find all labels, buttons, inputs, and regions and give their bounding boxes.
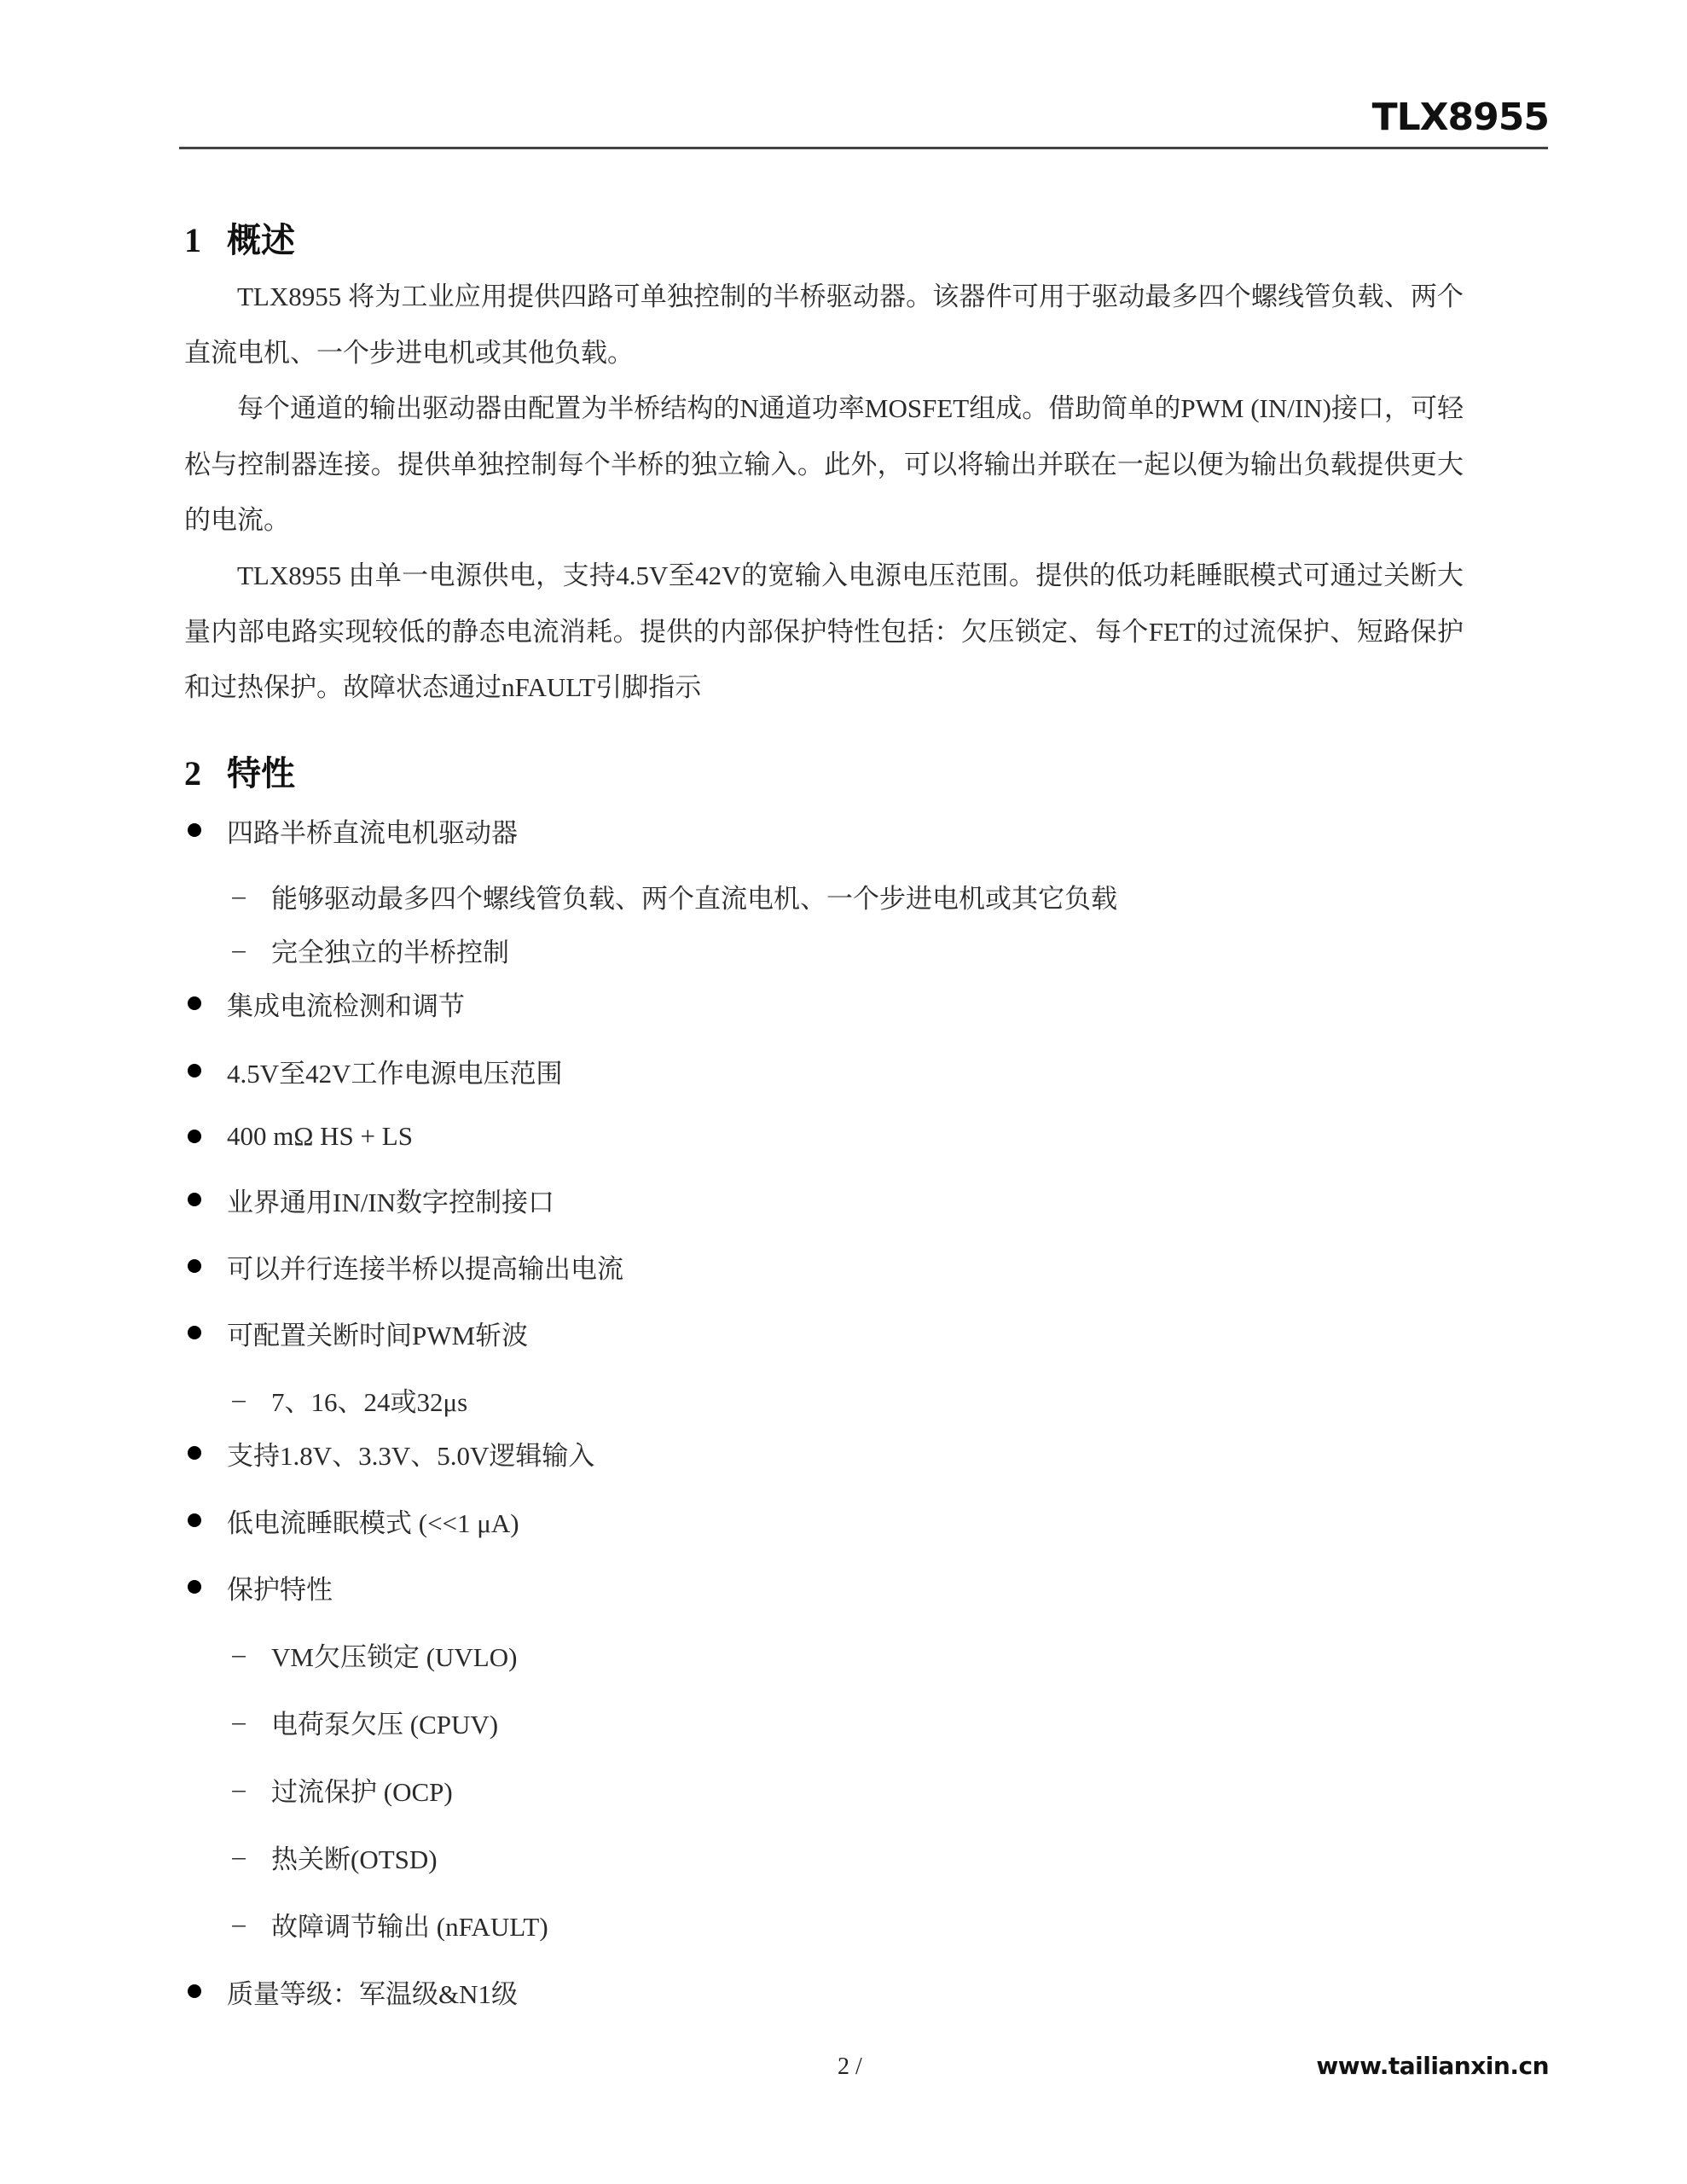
feature-subitem: –7、16、24或32μs [230,1382,467,1416]
section-2-title: 特性 [227,754,295,793]
section-1-heading: 1概述 [184,213,295,262]
bullet-dot-icon [188,1193,201,1206]
bullet-dot-icon [188,1984,201,1998]
bullet-dot-icon [188,1130,201,1143]
dash-icon: – [230,1384,247,1414]
feature-item: 可以并行连接半桥以提高输出电流 [184,1249,623,1283]
dash-icon: – [230,1841,247,1872]
feature-item: 四路半桥直流电机驱动器 [184,813,518,847]
feature-subitem: –电荷泵欠压 (CPUV) [230,1705,498,1739]
bullet-dot-icon [188,1446,201,1460]
feature-subitem: –故障调节输出 (nFAULT) [230,1907,548,1941]
bullet-dot-icon [188,823,201,837]
feature-subitem: –VM欠压锁定 (UVLO) [230,1637,517,1671]
dash-icon: – [230,934,247,965]
overview-paragraph-1: TLX8955 将为工业应用提供四路可单独控制的半桥驱动器。该器件可用于驱动最多… [184,269,1464,380]
page-number: 2 / [838,2053,862,2081]
feature-item: 业界通用IN/IN数字控制接口 [184,1182,554,1217]
section-1-title: 概述 [227,221,295,259]
website-url: www.tailianxin.cn [1316,2052,1549,2080]
dash-icon: – [230,1908,247,1939]
bullet-dot-icon [188,996,201,1010]
section-2-number: 2 [184,753,227,793]
bullet-dot-icon [188,1326,201,1339]
dash-icon: – [230,880,247,911]
feature-item: 保护特性 [184,1570,333,1604]
feature-item: 低电流睡眠模式 (<<1 μA) [184,1503,519,1537]
feature-item: 400 mΩ HS + LS [184,1119,413,1153]
section-1-number: 1 [184,220,227,260]
document-header-title: TLX8955 [1372,96,1549,139]
feature-subitem: –能够驱动最多四个螺线管负载、两个直流电机、一个步进电机或其它负载 [230,879,1117,913]
feature-item: 4.5V至42V工作电源电压范围 [184,1054,563,1088]
overview-paragraph-2: 每个通道的输出驱动器由配置为半桥结构的N通道功率MOSFET组成。借助简单的PW… [184,380,1464,549]
feature-item: 可配置关断时间PWM斩波 [184,1316,528,1350]
bullet-dot-icon [188,1513,201,1527]
dash-icon: – [230,1774,247,1804]
dash-icon: – [230,1706,247,1737]
feature-subitem: –过流保护 (OCP) [230,1772,453,1806]
bullet-dot-icon [188,1580,201,1594]
bullet-dot-icon [188,1259,201,1273]
feature-item: 集成电流检测和调节 [184,986,465,1020]
feature-item: 支持1.8V、3.3V、5.0V逻辑输入 [184,1436,594,1470]
feature-subitem: –完全独立的半桥控制 [230,932,509,967]
header-rule-divider [179,147,1548,149]
feature-item: 质量等级：军温级&N1级 [184,1974,518,2008]
bullet-dot-icon [188,1064,201,1077]
dash-icon: – [230,1639,247,1670]
feature-subitem: –热关断(OTSD) [230,1839,438,1873]
section-2-heading: 2特性 [184,746,295,795]
overview-paragraph-3: TLX8955 由单一电源供电，支持4.5V至42V的宽输入电源电压范围。提供的… [184,548,1464,716]
